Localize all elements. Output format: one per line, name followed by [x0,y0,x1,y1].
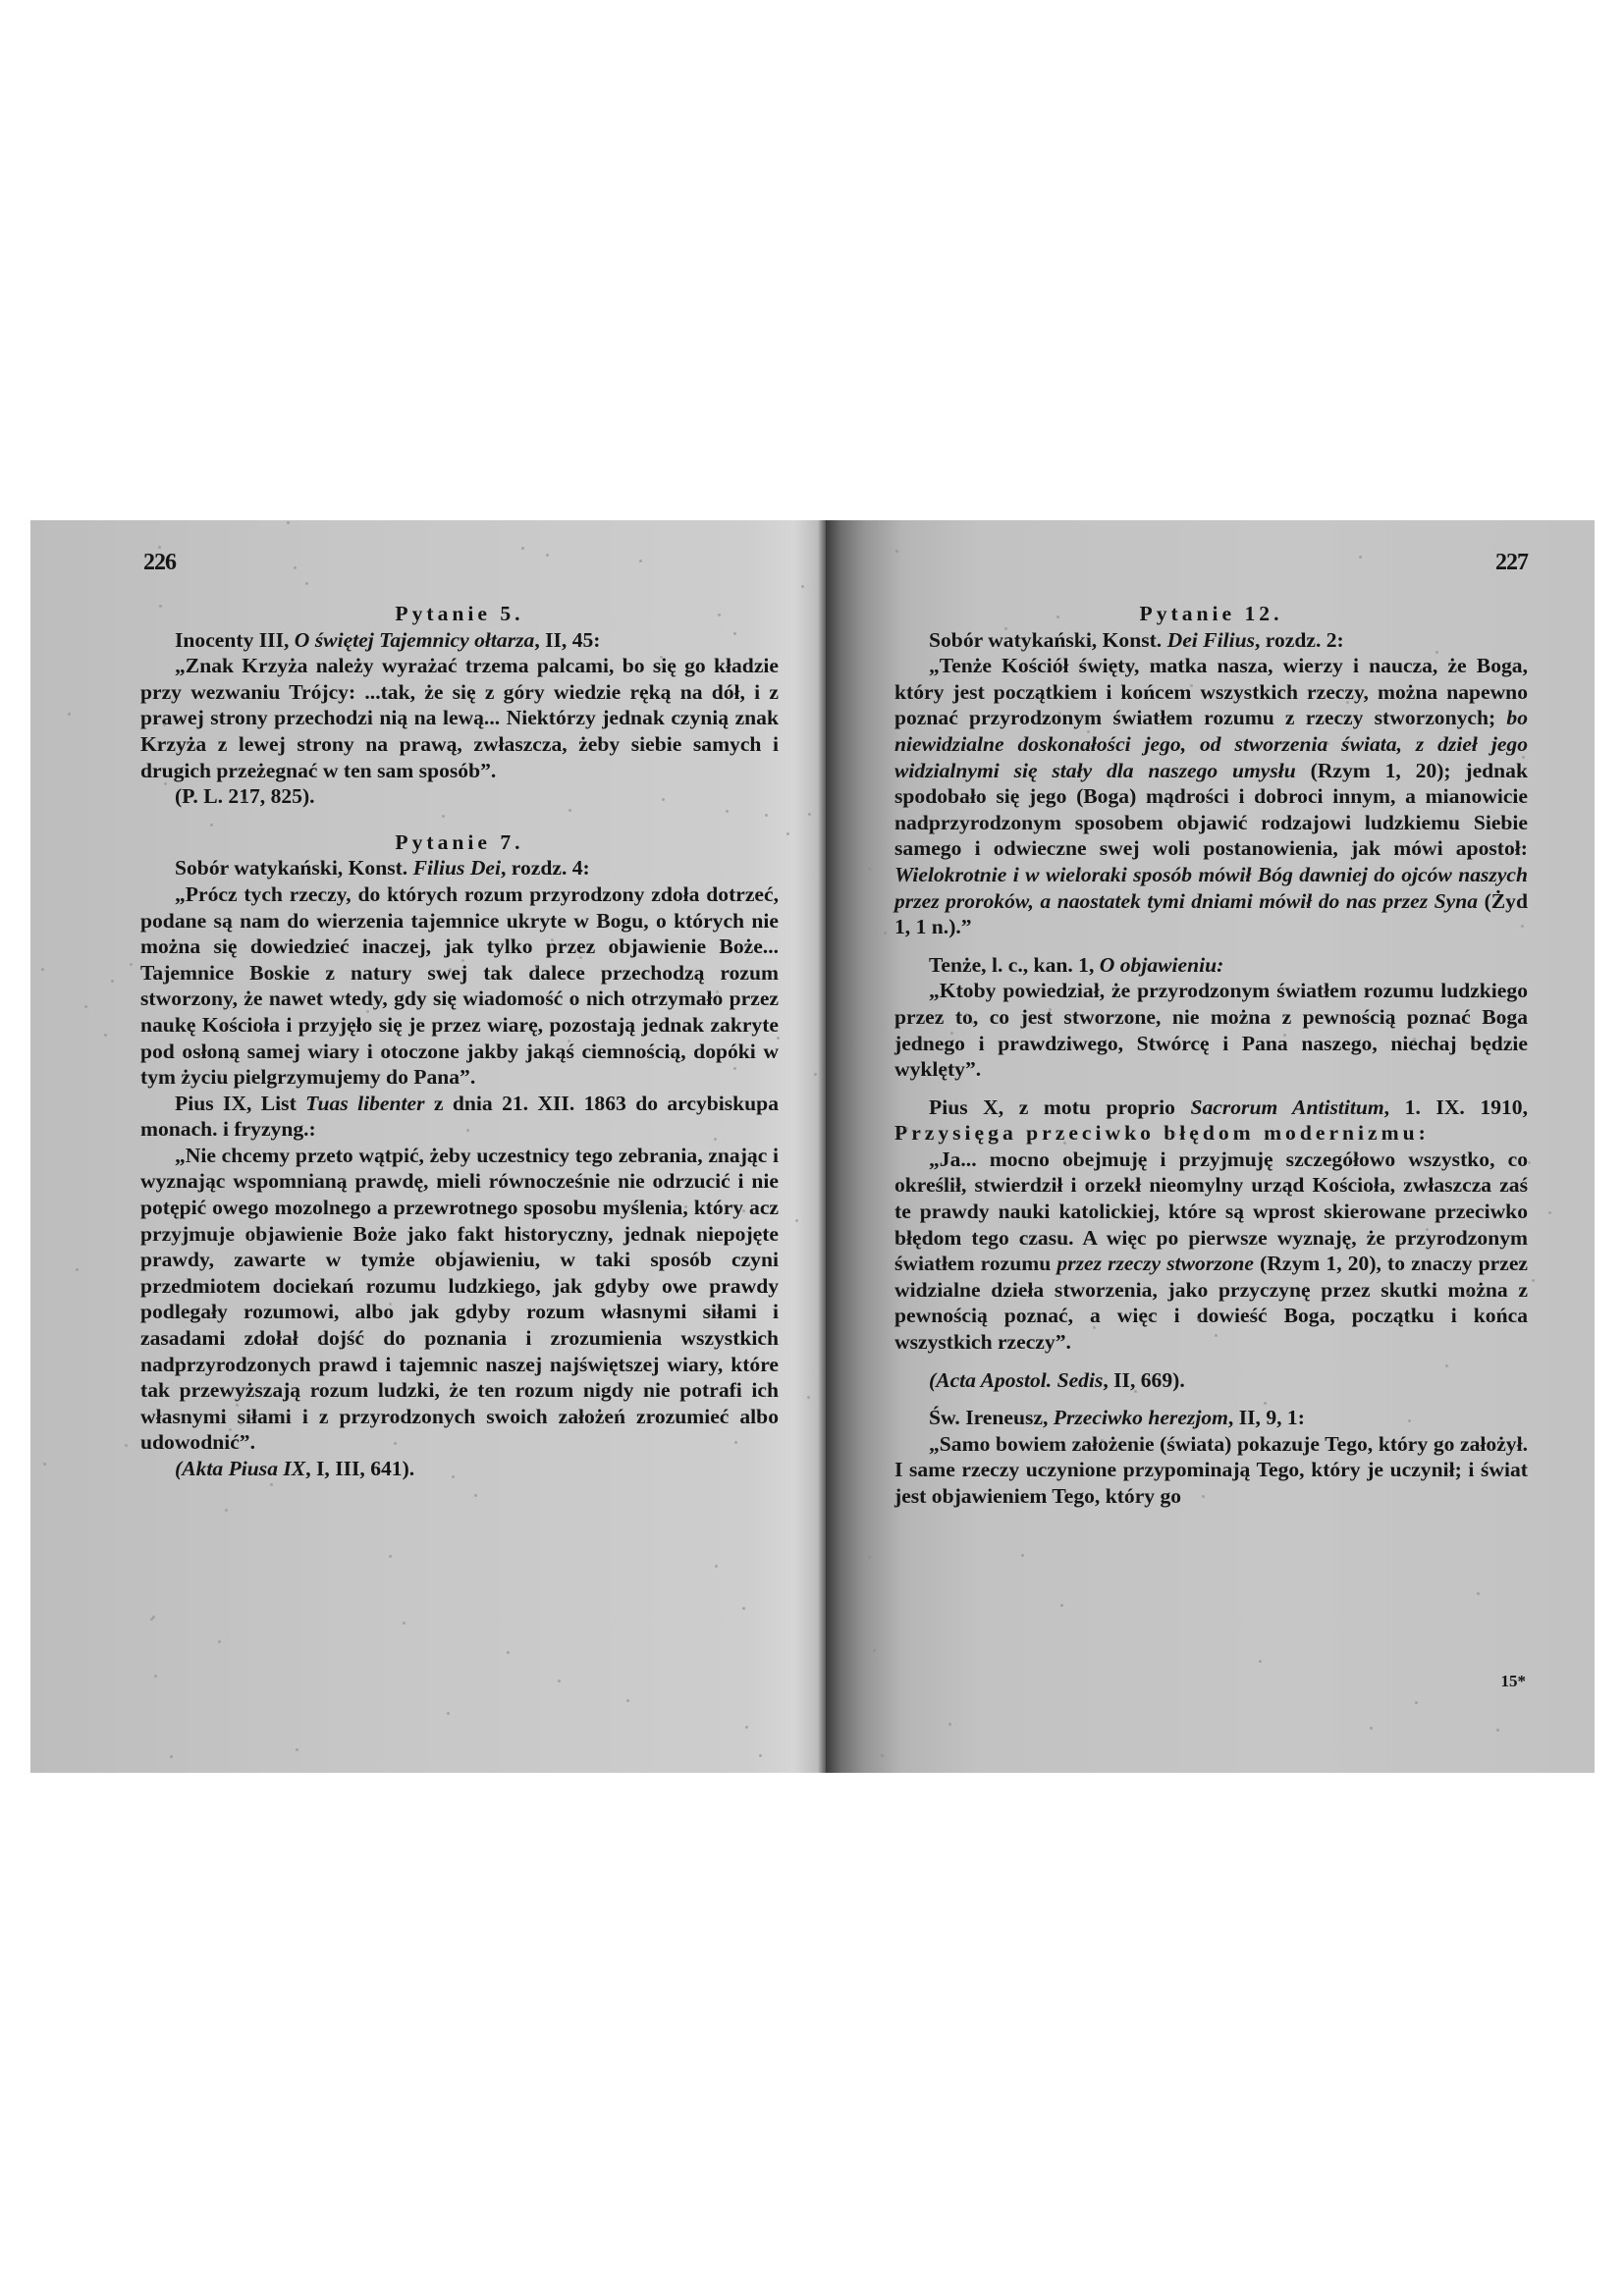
scan-speckle [1079,870,1082,873]
scan-speckle [873,1649,876,1652]
scan-speckle [1430,849,1433,852]
scan-speckle [1528,1161,1531,1164]
scan-speckle [218,1640,221,1643]
scan-speckle [1093,1326,1096,1329]
scan-speckle [1532,1279,1535,1282]
scan-speckle [1202,1495,1205,1498]
scan-speckle [1259,1660,1262,1663]
scanned-book-spread: 226 Pytanie 5.Inocenty III, O świętej Ta… [30,520,1595,1773]
scan-speckle [868,868,871,871]
scan-speckle [742,1209,745,1212]
scan-speckle [389,1303,392,1306]
scan-speckle [452,1475,455,1478]
section-heading: Pytanie 5. [140,601,779,627]
scan-speckle [1056,615,1059,618]
signature-mark: 15* [1501,1672,1527,1691]
scan-speckle [390,888,393,891]
scan-speckle [1173,1133,1176,1136]
scan-speckle [531,719,534,721]
scan-speckle [41,968,44,971]
scan-speckle [150,1618,153,1621]
scan-speckle [321,899,324,902]
scan-speckle [854,1045,857,1048]
scan-speckle [236,1404,239,1407]
scan-speckle [551,938,554,941]
paragraph: (Acta Apostol. Sedis, II, 669). [894,1367,1528,1394]
right-page: 227 Pytanie 12.Sobór watykański, Konst. … [826,520,1595,1773]
scan-speckle [718,614,721,616]
scan-speckle [1101,1439,1104,1442]
scan-speckle [1215,1334,1218,1337]
scan-speckle [947,1104,950,1107]
paragraph: „Ja... mocno obejmuję i przyjmuję szczeg… [894,1147,1528,1356]
scan-speckle [507,1651,510,1654]
scan-speckle [801,585,804,588]
scan-speckle [1326,742,1329,745]
scan-speckle [950,1032,953,1035]
scan-speckle [814,1073,817,1076]
scan-speckle [287,521,290,524]
scan-speckle [210,824,213,827]
paragraph: Pius X, z motu proprio Sacrorum Antistit… [894,1095,1528,1147]
paragraph: „Nie chcemy przeto wątpić, żeby uczestni… [140,1143,779,1456]
scan-speckle [945,1070,947,1073]
scan-speckle [225,1509,228,1512]
scan-speckle [684,1205,687,1208]
paragraph: „Tenże Kościół święty, matka nasza, wier… [894,653,1528,940]
scan-speckle [466,1129,469,1132]
scan-speckle [1021,1554,1024,1557]
scan-speckle [366,1010,369,1013]
scan-speckle [343,1178,346,1181]
paragraph: „Prócz tych rzeczy, do których rozum prz… [140,881,779,1091]
scan-speckle [164,782,167,785]
scan-speckle [1370,1727,1373,1730]
scan-speckle [317,1340,320,1343]
scan-speckle [714,1138,717,1141]
page-body: Pytanie 12.Sobór watykański, Konst. Dei … [894,601,1528,1510]
scan-speckle [125,1444,128,1447]
scan-speckle [1058,712,1061,715]
scan-speckle [660,656,663,659]
scan-speckle [1359,556,1362,559]
scan-speckle [715,1565,718,1568]
scan-speckle [807,1396,810,1399]
scan-speckle [795,1219,798,1222]
scan-speckle [971,1021,974,1024]
page-number: 226 [143,550,176,576]
scan-speckle [568,809,571,812]
scan-speckle [521,547,524,550]
scan-speckle [243,799,245,802]
scan-speckle [1149,1316,1152,1319]
scan-speckle [868,1556,871,1559]
scan-speckle [579,956,582,959]
scan-speckle [1548,1211,1551,1214]
scan-speckle [1445,1364,1448,1367]
scan-speckle [742,1607,745,1610]
scan-speckle [1087,730,1090,733]
scan-speckle [808,813,811,816]
scan-speckle [1134,1390,1137,1393]
scan-speckle [535,966,538,969]
scan-speckle [759,1754,762,1757]
paragraph: Pius IX, List Tuas libenter z dnia 21. X… [140,1091,779,1143]
paragraph: „Samo bowiem założenie (świata) pokazuje… [894,1431,1528,1510]
paragraph: „Znak Krzyża należy wyrażać trzema palca… [140,653,779,783]
scan-speckle [1415,1701,1418,1704]
scan-speckle [1049,1008,1052,1011]
scan-speckle [170,1755,173,1758]
scan-speckle [84,1005,87,1008]
scan-speckle [43,1463,46,1466]
scan-speckle [1496,1729,1499,1732]
scan-speckle [639,560,642,562]
page-number: 227 [1495,550,1528,576]
scan-speckle [158,546,161,549]
paragraph: „Ktoby powiedział, że przyrodzonym świat… [894,978,1528,1082]
scan-speckle [881,1754,884,1757]
scan-speckle [68,713,71,716]
scan-speckle [905,1127,908,1130]
scan-speckle [884,932,887,934]
scan-speckle [449,968,452,971]
paragraph: Tenże, l. c., kan. 1, O objawieniu: [894,952,1528,979]
scan-speckle [159,605,162,608]
scan-speckle [948,1723,951,1726]
page-body: Pytanie 5.Inocenty III, O świętej Tajemn… [140,601,779,1482]
scan-speckle [777,1037,780,1040]
paragraph: (Akta Piusa IX, I, III, 641). [140,1456,779,1482]
scan-speckle [658,1155,661,1158]
scan-speckle [1063,1142,1066,1145]
scan-speckle [733,1067,736,1070]
scan-speckle [546,554,549,557]
scan-speckle [1467,1292,1470,1295]
scan-speckle [104,1034,107,1037]
scan-speckle [786,832,789,835]
scan-speckle [965,1013,968,1016]
scan-speckle [726,810,729,813]
scan-speckle [154,1675,157,1678]
scan-speckle [111,980,114,983]
left-page: 226 Pytanie 5.Inocenty III, O świętej Ta… [30,520,826,1773]
paragraph: Inocenty III, O świętej Tajemnicy ołtarz… [140,627,779,654]
scan-speckle [1060,1604,1063,1607]
section-heading: Pytanie 12. [894,601,1528,627]
scan-speckle [447,1712,450,1715]
scan-speckle [626,1699,629,1702]
scan-speckle [1522,756,1525,759]
scan-speckle [394,1442,397,1445]
scan-speckle [229,1428,232,1431]
scan-speckle [219,1074,222,1077]
scan-speckle [1477,1592,1480,1595]
scan-speckle [558,1680,561,1682]
scan-speckle [716,990,719,993]
scan-speckle [1408,1419,1411,1422]
scan-speckle [1197,1318,1200,1321]
scan-speckle [1426,1228,1429,1231]
scan-speckle [662,798,665,801]
scan-speckle [1413,1038,1416,1041]
scan-speckle [1435,651,1438,654]
scan-speckle [403,1622,406,1625]
scan-speckle [240,1422,243,1425]
scan-speckle [1079,717,1082,720]
scan-speckle [1264,690,1267,693]
scan-speckle [1190,684,1193,687]
scan-speckle [1283,1034,1286,1037]
paragraph: Sobór watykański, Konst. Filius Dei, roz… [140,855,779,881]
scan-speckle [1521,925,1524,928]
scan-speckle [305,582,308,585]
scan-speckle [765,814,768,817]
scan-speckle [442,815,445,818]
scan-speckle [734,1441,737,1444]
paragraph: Sobór watykański, Konst. Dei Filius, roz… [894,627,1528,654]
scan-speckle [294,566,297,569]
section-heading: Pytanie 7. [140,829,779,856]
scan-speckle [745,1726,748,1729]
scan-speckle [76,1268,79,1271]
scan-speckle [722,1151,725,1154]
scan-speckle [1264,1402,1267,1405]
scan-speckle [130,963,133,966]
scan-speckle [461,959,464,962]
scan-speckle [568,1040,570,1042]
scan-speckle [461,1250,464,1253]
scan-speckle [1346,701,1349,704]
scan-speckle [163,723,166,726]
scan-speckle [296,1748,298,1751]
scan-speckle [733,632,736,635]
scan-speckle [389,1555,392,1558]
scan-speckle [1004,627,1007,630]
paragraph: Św. Ireneusz, Przeciwko herezjom, II, 9,… [894,1405,1528,1431]
scan-speckle [474,1494,477,1497]
paragraph: (P. L. 217, 825). [140,783,779,810]
scan-speckle [270,1483,273,1486]
scan-speckle [895,550,898,553]
